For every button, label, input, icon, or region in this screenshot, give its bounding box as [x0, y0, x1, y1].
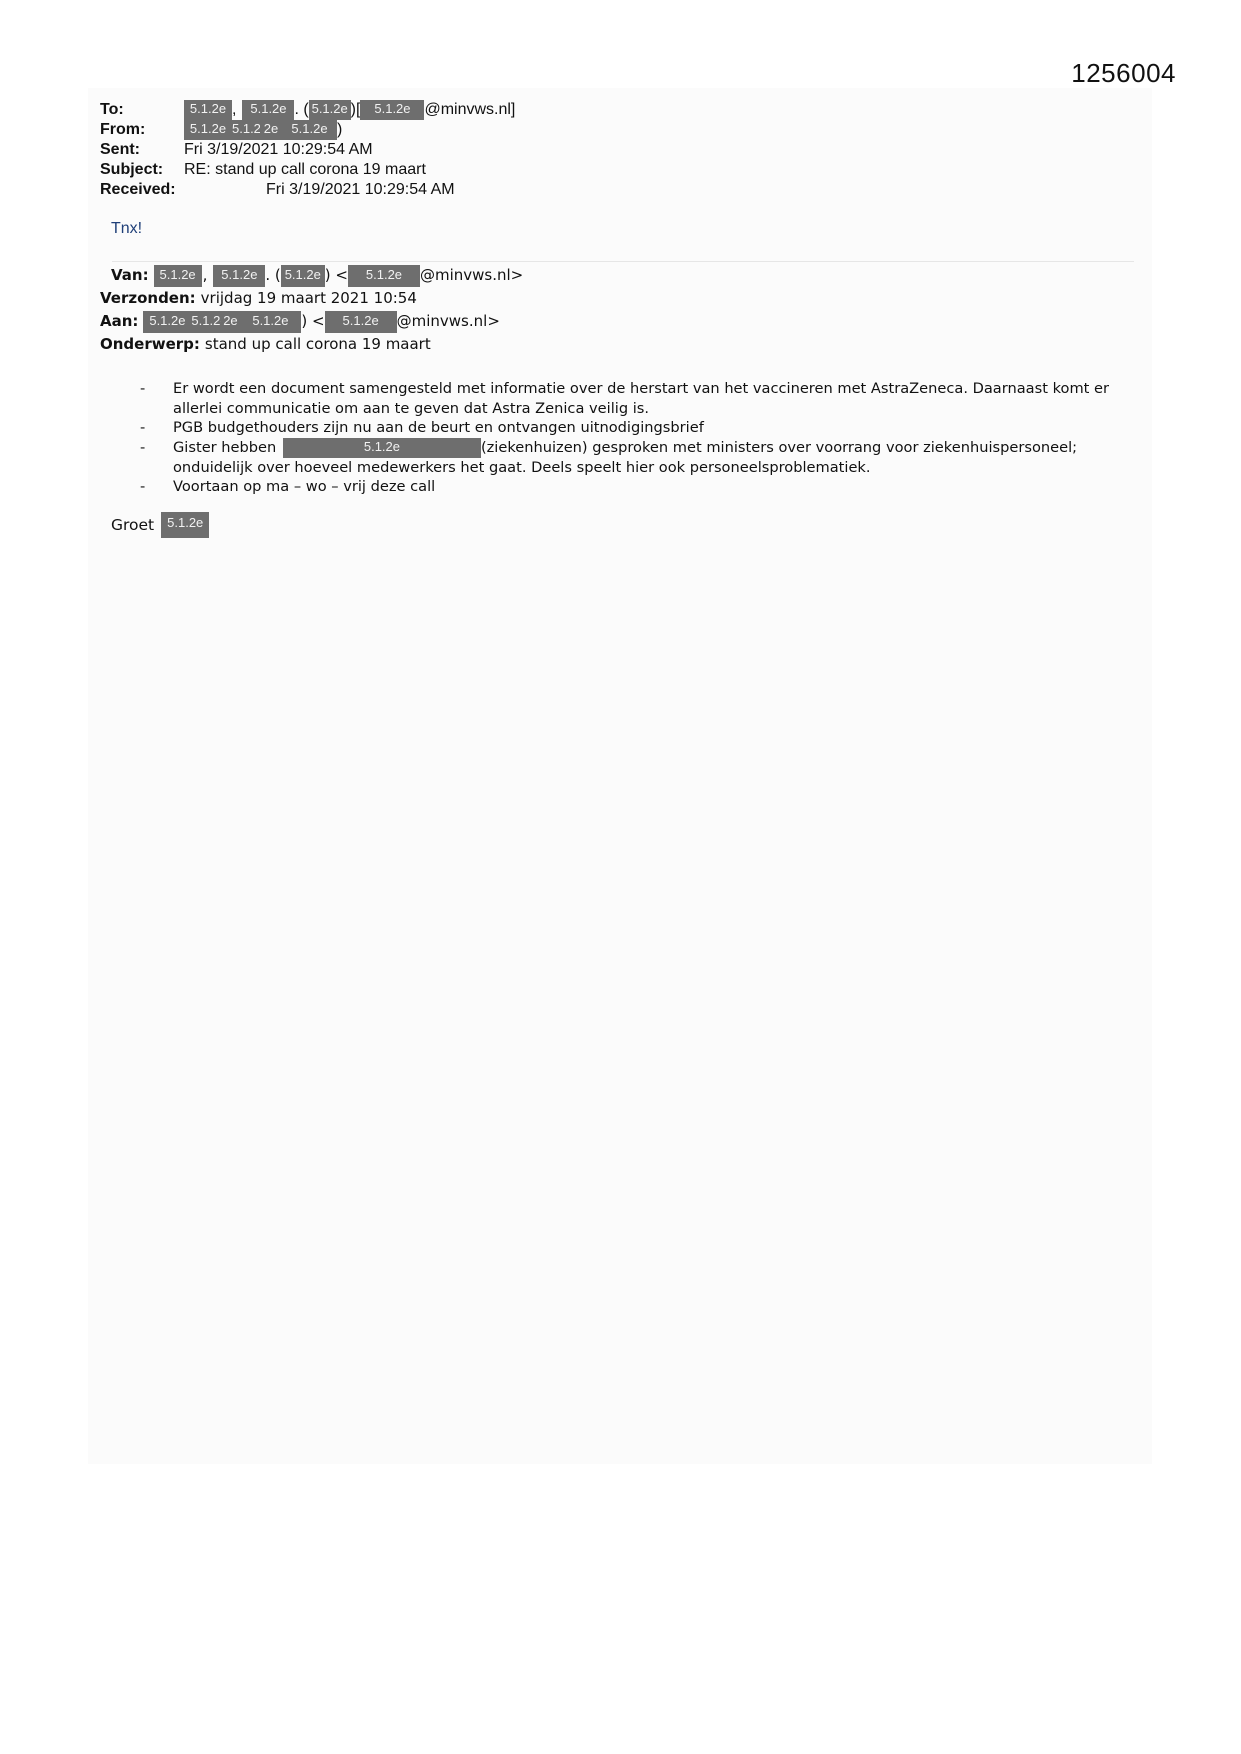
verzonden-label: Verzonden: [100, 287, 196, 310]
redaction: 5.1.2e [154, 265, 202, 287]
from-label: From: [100, 120, 184, 140]
separator: . ( [294, 100, 308, 120]
closing-text: Groet [111, 516, 154, 534]
list-item: - Er wordt een document samengesteld met… [140, 379, 1130, 418]
redaction-fragment: 2e [260, 120, 282, 140]
sent-value: Fri 3/19/2021 10:29:54 AM [184, 140, 373, 160]
onderwerp-label: Onderwerp: [100, 333, 200, 356]
redaction: 5.1.2e [283, 438, 481, 458]
bullet-marker: - [140, 477, 160, 497]
list-item: - Gister hebben 5.1.2e(ziekenhuizen) ges… [140, 438, 1130, 478]
onderwerp-value: stand up call corona 19 maart [205, 333, 431, 356]
separator: , [203, 264, 208, 287]
redaction: 5.1.2e [213, 265, 265, 287]
separator: ) < [325, 264, 348, 287]
redaction: 5.1.2e [281, 265, 325, 287]
received-row: Received: Fri 3/19/2021 10:29:54 AM [100, 180, 515, 200]
redaction: 5.1.2e [161, 512, 209, 538]
aan-domain: @minvws.nl> [397, 310, 500, 333]
separator: , [232, 100, 236, 120]
redaction: 5.1.2e [360, 100, 424, 120]
divider [112, 261, 1134, 262]
from-row: From: 5.1.2e 5.1.2e 2e 5.1.2e ) [100, 120, 515, 140]
aan-label: Aan: [100, 310, 138, 333]
verzonden-row: Verzonden: vrijdag 19 maart 2021 10:54 [100, 287, 523, 310]
closing: Groet 5.1.2e [111, 512, 209, 538]
onderwerp-row: Onderwerp: stand up call corona 19 maart [100, 333, 523, 356]
bullet-marker: - [140, 418, 160, 438]
to-label: To: [100, 100, 184, 120]
van-label: Van: [111, 264, 149, 287]
sent-label: Sent: [100, 140, 184, 160]
to-row: To: 5.1.2e , 5.1.2e . ( 5.1.2e )[ 5.1.2e… [100, 100, 515, 120]
aan-row: Aan: 5.1.2e 5.1.2e 2e 5.1.2e ) < 5.1.2e … [100, 310, 523, 333]
subject-row: Subject: RE: stand up call corona 19 maa… [100, 160, 515, 180]
forwarded-header: Van: 5.1.2e , 5.1.2e . ( 5.1.2e ) < 5.1.… [100, 264, 523, 356]
redaction: 5.1.2e [239, 311, 301, 333]
redaction: 5.1.2e [325, 311, 397, 333]
redaction: 5.1.2e [143, 311, 191, 333]
list-item-text: PGB budgethouders zijn nu aan de beurt e… [173, 419, 704, 436]
to-domain: @minvws.nl] [424, 100, 515, 120]
bullet-marker: - [140, 379, 160, 399]
redaction: 5.1.2e [282, 120, 337, 140]
redaction-small: 5.1.2e [232, 120, 260, 140]
redaction: 5.1.2e [309, 100, 351, 120]
sent-row: Sent: Fri 3/19/2021 10:29:54 AM [100, 140, 515, 160]
separator: . ( [265, 264, 280, 287]
received-label: Received: [100, 180, 184, 200]
separator: ) < [301, 310, 324, 333]
redaction: 5.1.2e [242, 100, 294, 120]
subject-label: Subject: [100, 160, 184, 180]
redaction: 5.1.2e [184, 100, 232, 120]
list-item-text: Gister hebben [173, 439, 276, 456]
redaction: 5.1.2e [348, 265, 420, 287]
list-item: - Voortaan op ma – wo – vrij deze call [140, 477, 1130, 497]
bullet-marker: - [140, 438, 160, 458]
van-domain: @minvws.nl> [420, 264, 523, 287]
subject-value: RE: stand up call corona 19 maart [184, 160, 426, 180]
email-header: To: 5.1.2e , 5.1.2e . ( 5.1.2e )[ 5.1.2e… [100, 100, 515, 200]
verzonden-value: vrijdag 19 maart 2021 10:54 [201, 287, 417, 310]
list-item-text: Er wordt een document samengesteld met i… [173, 380, 1109, 417]
separator: ) [337, 120, 342, 140]
received-value: Fri 3/19/2021 10:29:54 AM [266, 180, 455, 200]
van-row: Van: 5.1.2e , 5.1.2e . ( 5.1.2e ) < 5.1.… [100, 264, 523, 287]
list-item-text: Voortaan op ma – wo – vrij deze call [173, 478, 435, 495]
list-item: - PGB budgethouders zijn nu aan de beurt… [140, 418, 1130, 438]
document-number: 1256004 [1071, 58, 1176, 89]
reply-body: Tnx! [111, 220, 142, 238]
redaction: 5.1.2e [184, 120, 232, 140]
redaction-small: 5.1.2e [191, 311, 221, 333]
bullet-list: - Er wordt een document samengesteld met… [140, 379, 1130, 497]
redaction-fragment: 2e [221, 311, 239, 333]
separator: )[ [351, 100, 361, 120]
